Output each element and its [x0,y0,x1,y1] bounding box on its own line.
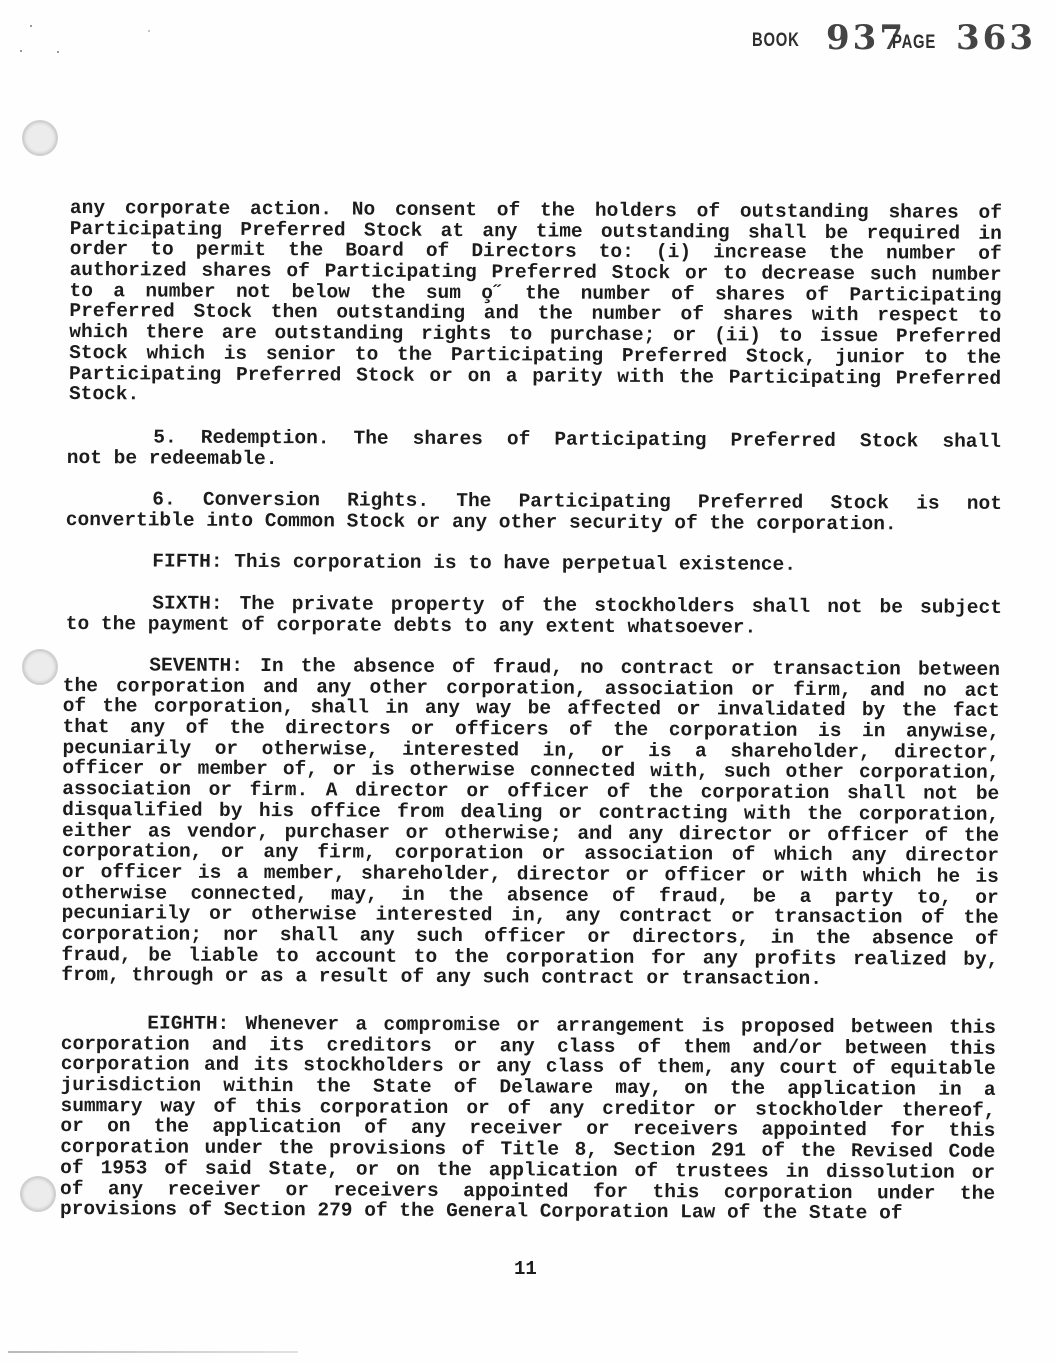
stamp-page-number: 363 [956,18,1036,58]
paragraph-fifth: FIFTH: This corporation is to have perpe… [66,551,1002,577]
paragraph-eighth: EIGHTH: Whenever a compromise or arrange… [60,1013,996,1225]
scan-speck [30,25,32,27]
text-line: Participating Preferred Stock or on a pa… [69,363,1001,389]
hole-punch-icon [20,1176,56,1212]
scan-edge-line [8,1351,298,1353]
paragraph-seventh: SEVENTH: In the absence of fraud, no con… [61,655,1000,991]
scan-speck [20,50,22,52]
text-line: FIFTH: This corporation is to have perpe… [66,551,1002,577]
page-number: 11 [514,1258,537,1280]
document-page: BOOK 937 PAGE 363 any corporate action. … [0,0,1055,1365]
paragraph-sixth: SIXTH: The private property of the stock… [66,593,1002,639]
paragraph-conversion-rights: 6. Conversion Rights. The Participating … [66,489,1002,535]
text-line: provisions of Section 279 of the General… [60,1199,995,1225]
text-line: convertible into Common Stock or any oth… [66,510,1002,536]
paragraph-continuation: any corporate action. No consent of the … [69,198,1002,410]
scan-speck [148,30,150,32]
book-label: BOOK [752,30,800,52]
hole-punch-icon [22,120,58,156]
hole-punch-icon [22,649,58,685]
paragraph-redemption: 5. Redemption. The shares of Participati… [67,427,1001,473]
page-label: PAGE [892,32,936,54]
scan-speck [57,51,59,53]
